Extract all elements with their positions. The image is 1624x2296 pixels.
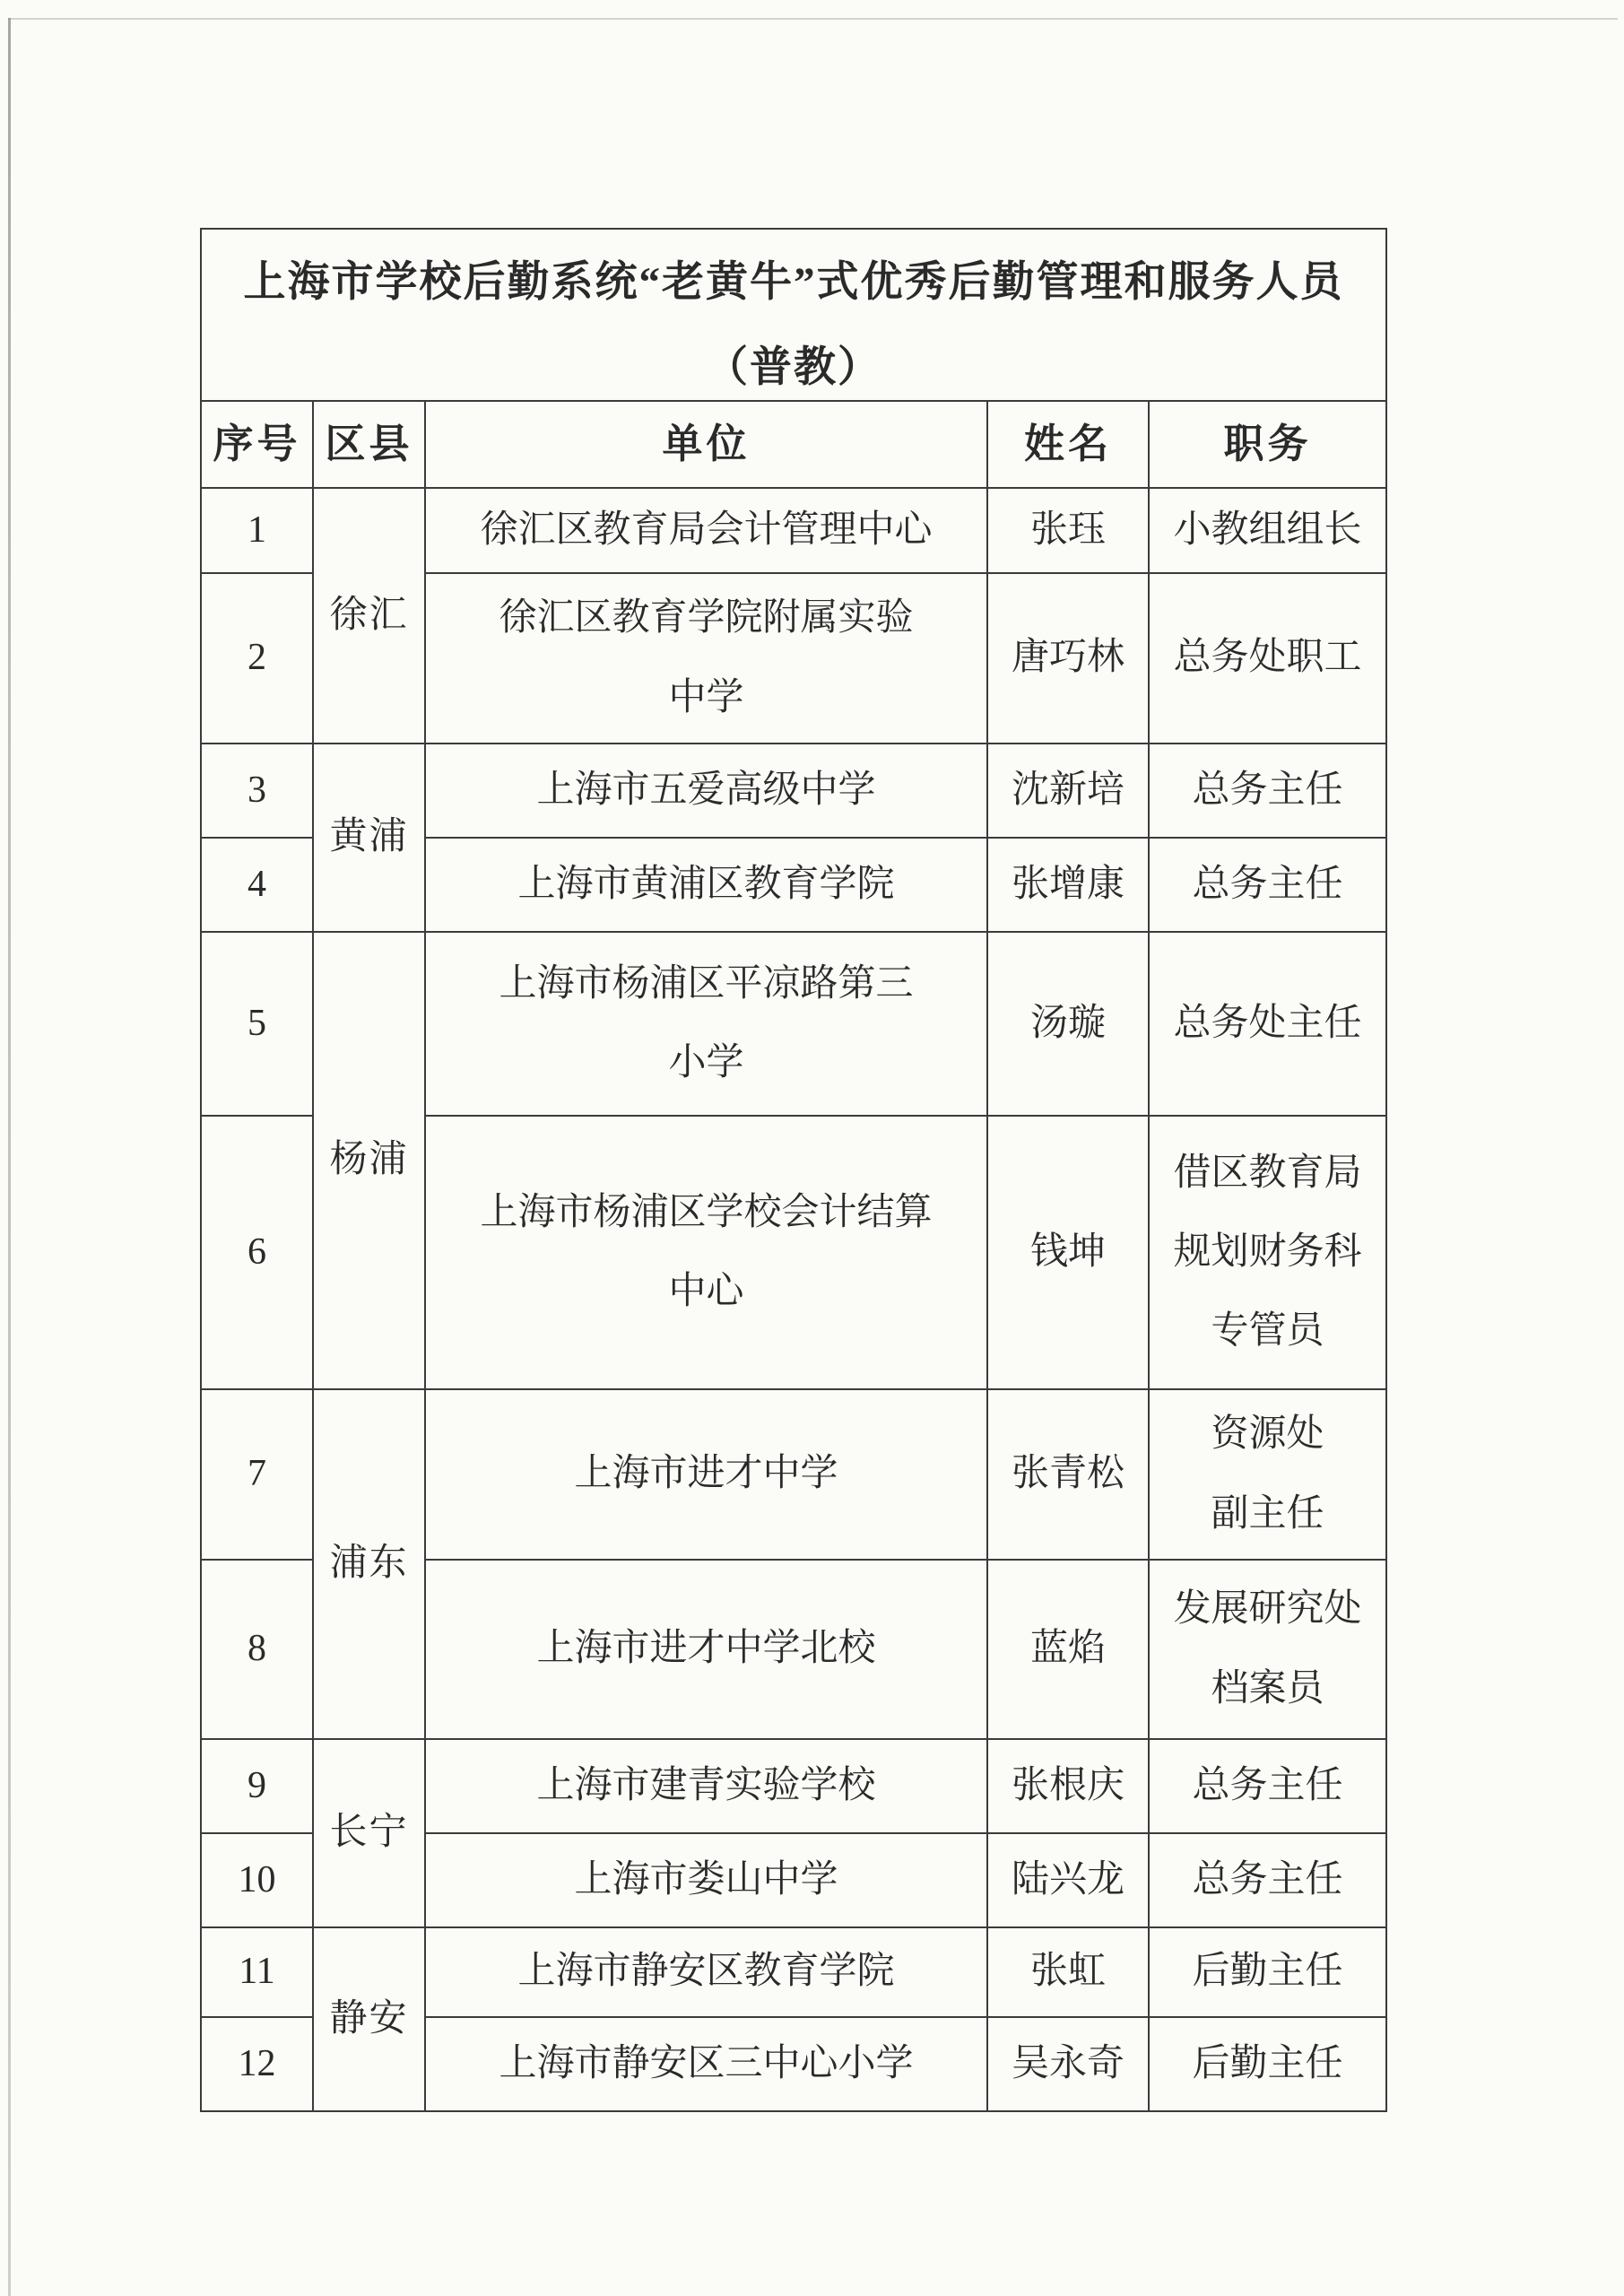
position-cell: 总务处主任	[1149, 932, 1386, 1116]
col-header-index: 序号	[201, 401, 313, 488]
row-index: 12	[201, 2017, 313, 2111]
row-index: 5	[201, 932, 313, 1116]
scan-edge-horizontal	[8, 18, 1618, 20]
unit-cell: 上海市静安区教育学院	[425, 1927, 987, 2017]
unit-cell: 上海市娄山中学	[425, 1833, 987, 1927]
name-cell: 张根庆	[987, 1739, 1149, 1833]
district-cell-xuhui: 徐汇	[313, 488, 425, 744]
position-cell: 小教组组长	[1149, 488, 1386, 573]
unit-cell: 徐汇区教育局会计管理中心	[425, 488, 987, 573]
row-index: 4	[201, 838, 313, 932]
row-index: 10	[201, 1833, 313, 1927]
position-cell: 总务主任	[1149, 1833, 1386, 1927]
unit-cell: 上海市黄浦区教育学院	[425, 838, 987, 932]
district-cell-jingan: 静安	[313, 1927, 425, 2111]
position-cell: 资源处 副主任	[1149, 1389, 1386, 1560]
col-header-district: 区县	[313, 401, 425, 488]
unit-cell: 上海市杨浦区学校会计结算 中心	[425, 1116, 987, 1389]
position-cell: 借区教育局 规划财务科 专管员	[1149, 1116, 1386, 1389]
col-header-position: 职务	[1149, 401, 1386, 488]
district-cell-changning: 长宁	[313, 1739, 425, 1927]
district-cell-pudong: 浦东	[313, 1389, 425, 1739]
table-row: 3 黄浦 上海市五爱高级中学 沈新培 总务主任	[201, 744, 1386, 838]
table-row: 5 杨浦 上海市杨浦区平凉路第三 小学 汤璇 总务处主任	[201, 932, 1386, 1116]
row-index: 2	[201, 573, 313, 744]
name-cell: 张珏	[987, 488, 1149, 573]
name-cell: 蓝焰	[987, 1560, 1149, 1739]
table-row: 1 徐汇 徐汇区教育局会计管理中心 张珏 小教组组长	[201, 488, 1386, 573]
name-cell: 沈新培	[987, 744, 1149, 838]
position-cell: 后勤主任	[1149, 2017, 1386, 2111]
table-row: 9 长宁 上海市建青实验学校 张根庆 总务主任	[201, 1739, 1386, 1833]
name-cell: 张虹	[987, 1927, 1149, 2017]
row-index: 1	[201, 488, 313, 573]
col-header-name: 姓名	[987, 401, 1149, 488]
scan-edge-vertical	[8, 18, 11, 2296]
table-title-cell: 上海市学校后勤系统“老黄牛”式优秀后勤管理和服务人员 （普教）	[201, 229, 1386, 401]
name-cell: 唐巧林	[987, 573, 1149, 744]
unit-cell: 上海市杨浦区平凉路第三 小学	[425, 932, 987, 1116]
name-cell: 钱坤	[987, 1116, 1149, 1389]
row-index: 11	[201, 1927, 313, 2017]
table-title-line2: （普教）	[202, 347, 1385, 389]
name-cell: 汤璇	[987, 932, 1149, 1116]
unit-cell: 上海市静安区三中心小学	[425, 2017, 987, 2111]
position-cell: 发展研究处 档案员	[1149, 1560, 1386, 1739]
table-row: 11 静安 上海市静安区教育学院 张虹 后勤主任	[201, 1927, 1386, 2017]
position-cell: 总务主任	[1149, 838, 1386, 932]
table-title-line1: 上海市学校后勤系统“老黄牛”式优秀后勤管理和服务人员	[202, 262, 1385, 304]
row-index: 3	[201, 744, 313, 838]
position-cell: 总务主任	[1149, 744, 1386, 838]
col-header-unit: 单位	[425, 401, 987, 488]
position-cell: 总务处职工	[1149, 573, 1386, 744]
table-title-row: 上海市学校后勤系统“老黄牛”式优秀后勤管理和服务人员 （普教）	[201, 229, 1386, 401]
unit-cell: 徐汇区教育学院附属实验 中学	[425, 573, 987, 744]
table-row: 7 浦东 上海市进才中学 张青松 资源处 副主任	[201, 1389, 1386, 1560]
row-index: 6	[201, 1116, 313, 1389]
award-table: 上海市学校后勤系统“老黄牛”式优秀后勤管理和服务人员 （普教） 序号 区县 单位…	[200, 228, 1387, 2112]
name-cell: 陆兴龙	[987, 1833, 1149, 1927]
district-cell-huangpu: 黄浦	[313, 744, 425, 932]
unit-cell: 上海市建青实验学校	[425, 1739, 987, 1833]
name-cell: 张增康	[987, 838, 1149, 932]
unit-cell: 上海市进才中学北校	[425, 1560, 987, 1739]
row-index: 8	[201, 1560, 313, 1739]
name-cell: 张青松	[987, 1389, 1149, 1560]
position-cell: 总务主任	[1149, 1739, 1386, 1833]
name-cell: 吴永奇	[987, 2017, 1149, 2111]
row-index: 9	[201, 1739, 313, 1833]
district-cell-yangpu: 杨浦	[313, 932, 425, 1389]
unit-cell: 上海市进才中学	[425, 1389, 987, 1560]
table-header-row: 序号 区县 单位 姓名 职务	[201, 401, 1386, 488]
scanned-document-page: 上海市学校后勤系统“老黄牛”式优秀后勤管理和服务人员 （普教） 序号 区县 单位…	[0, 0, 1624, 2296]
position-cell: 后勤主任	[1149, 1927, 1386, 2017]
row-index: 7	[201, 1389, 313, 1560]
unit-cell: 上海市五爱高级中学	[425, 744, 987, 838]
